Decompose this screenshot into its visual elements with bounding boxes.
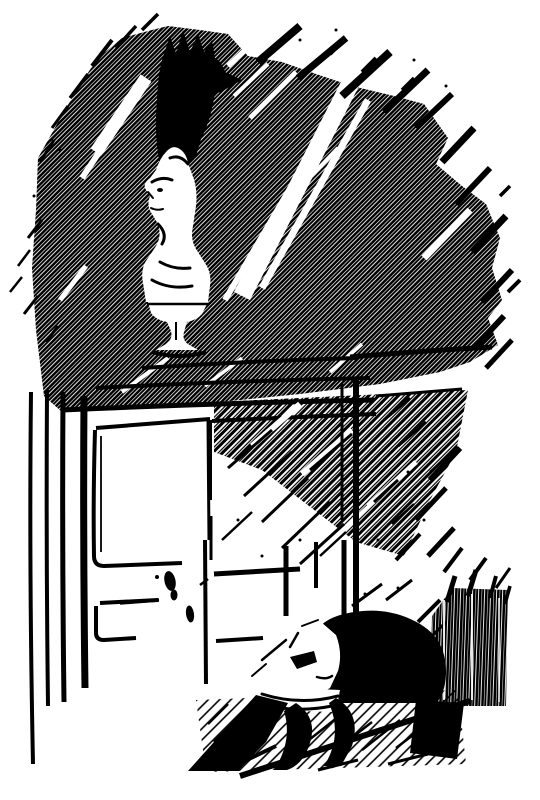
illustration-canvas	[0, 0, 540, 800]
raven-illustration-page	[0, 0, 540, 800]
